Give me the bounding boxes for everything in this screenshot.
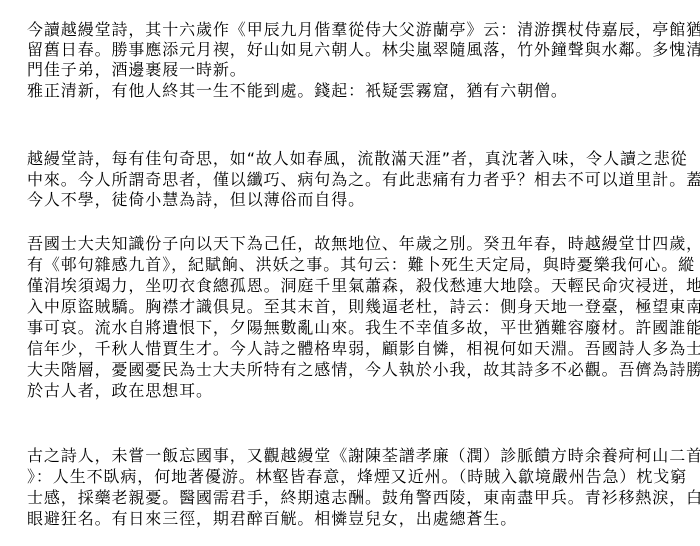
text-line: 士感，採藥老親憂。醫國需君手，終期遠志酬。鼓角警西陵，東南盡甲兵。青衫移熱淚，白 xyxy=(27,488,700,508)
text-line: 今讀越縵堂詩，其十六歲作《甲辰九月偕羣從侍大父游蘭亭》云：清游撰杖侍嘉辰，亭館猶 xyxy=(27,20,700,40)
text-line: 於古人者，政在思想耳。 xyxy=(27,381,213,401)
text-line: 大夫階層，憂國憂民為士大夫所特有之感情，今人執於小我，故其詩多不必觀。吾儕為詩勝 xyxy=(27,360,700,380)
text-line: 古之詩人，未嘗一飯忘國事，又觀越縵堂《謝陳荃譜孝廉（潤）診脈饋方時余養疴柯山二首 xyxy=(27,446,700,466)
text-line: 僅涓埃須竭力，坐叨衣食總孤恩。洞庭千里氣蕭森，殺伐愁連大地陰。天輕民命灾祲迸，地 xyxy=(27,276,700,296)
text-line: 有《邨句雜感九首》，紀賦餉、洪妖之事。其句云：難卜死生天定局，與時憂樂我何心。縱 xyxy=(27,255,695,275)
text-line: 吾國士大夫知識份子向以天下為己任，故無地位、年歲之別。癸丑年春，時越縵堂廿四歲， xyxy=(27,234,700,254)
text-line: 留舊日春。勝事應添元月禊，好山如見六朝人。林尖嵐翠隨風落，竹外鐘聲與水鄰。多愧清 xyxy=(27,40,700,60)
text-line: 越縵堂詩，每有佳句奇思，如“故人如春風，流散滿天涯”者，真沈著入味，令人讀之悲從 xyxy=(27,149,688,169)
text-line: 信年少，千秋人惜賈生才。今人詩之體格卑弱，顧影自憐，相視何如天淵。吾國詩人多為士 xyxy=(27,339,700,359)
text-line: 雅正清新，有他人終其一生不能到處。錢起：衹疑雲霧窟，猶有六朝僧。 xyxy=(27,81,568,101)
text-line: 事可哀。流水自將遺恨下，夕陽無數亂山來。我生不幸值多故，平世猶難容廢材。許國誰能 xyxy=(27,318,700,338)
text-line: 眼避狂名。有日來三徑，期君醉百觥。相憐豈兒女，出處總蒼生。 xyxy=(27,509,517,529)
text-line: 今人不學，徒倚小慧為詩，但以薄俗而自得。 xyxy=(27,190,365,210)
text-line: 》：人生不臥病，何地著優游。林壑皆春意，烽煙又近州。（時賊入歙境嚴州告急）枕戈窮 xyxy=(27,467,687,487)
text-line: 入中原盜賊驕。胸襟才識俱見。至其末首，則幾逼老杜，詩云：側身天地一登臺，極望東南 xyxy=(27,297,700,317)
text-line: 中來。今人所謂奇思者，僅以纖巧、病句為之。有此悲痛有力者乎？相去不可以道里計。蓋 xyxy=(27,170,700,190)
text-line: 門佳子弟，酒邊裹屐一時新。 xyxy=(27,60,247,80)
